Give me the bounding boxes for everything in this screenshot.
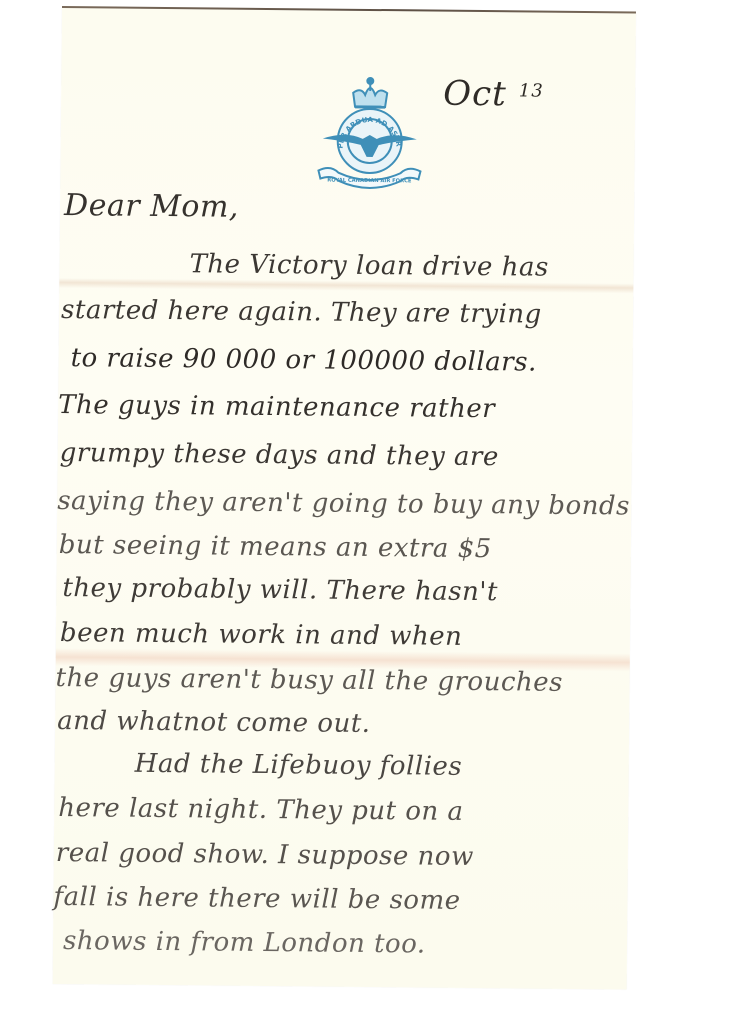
letter-line: been much work in and when xyxy=(60,618,463,652)
letter-line: saying they aren't going to buy any bond… xyxy=(57,486,630,521)
letter-line: The Victory loan drive has xyxy=(189,249,548,282)
letter-line: but seeing it means an extra $5 xyxy=(59,530,492,564)
letter-line: started here again. They are trying xyxy=(61,295,542,330)
letter-line: here last night. They put on a xyxy=(58,793,463,827)
svg-text:ROYAL CANADIAN AIR FORCE: ROYAL CANADIAN AIR FORCE xyxy=(327,178,412,185)
date-day: 13 xyxy=(519,80,544,101)
letter-line: and whatnot come out. xyxy=(57,706,371,739)
letter-line: fall is here there will be some xyxy=(53,882,460,916)
letter-line: The guys in maintenance rather xyxy=(58,390,495,424)
letter-line: shows in from London too. xyxy=(63,926,426,959)
letter-date: Oct13 xyxy=(443,74,544,115)
letter-line: Had the Lifebuoy follies xyxy=(135,749,463,782)
letter-line: real good show. I suppose now xyxy=(56,838,474,872)
letter-paper: PER ARDUA AD ASTRA ROYAL CANADIAN AIR FO… xyxy=(53,8,636,989)
letter-line: the guys aren't busy all the grouches xyxy=(55,663,563,698)
letter-line: they probably will. There hasn't xyxy=(62,573,498,607)
salutation: Dear Mom, xyxy=(64,188,239,225)
letter-line: grumpy these days and they are xyxy=(60,438,499,472)
letter-line: to raise 90 000 or 100000 dollars. xyxy=(70,343,536,377)
date-month: Oct xyxy=(443,74,507,115)
paper-top-edge xyxy=(62,6,636,14)
rcaf-crest-icon: PER ARDUA AD ASTRA ROYAL CANADIAN AIR FO… xyxy=(310,68,429,194)
